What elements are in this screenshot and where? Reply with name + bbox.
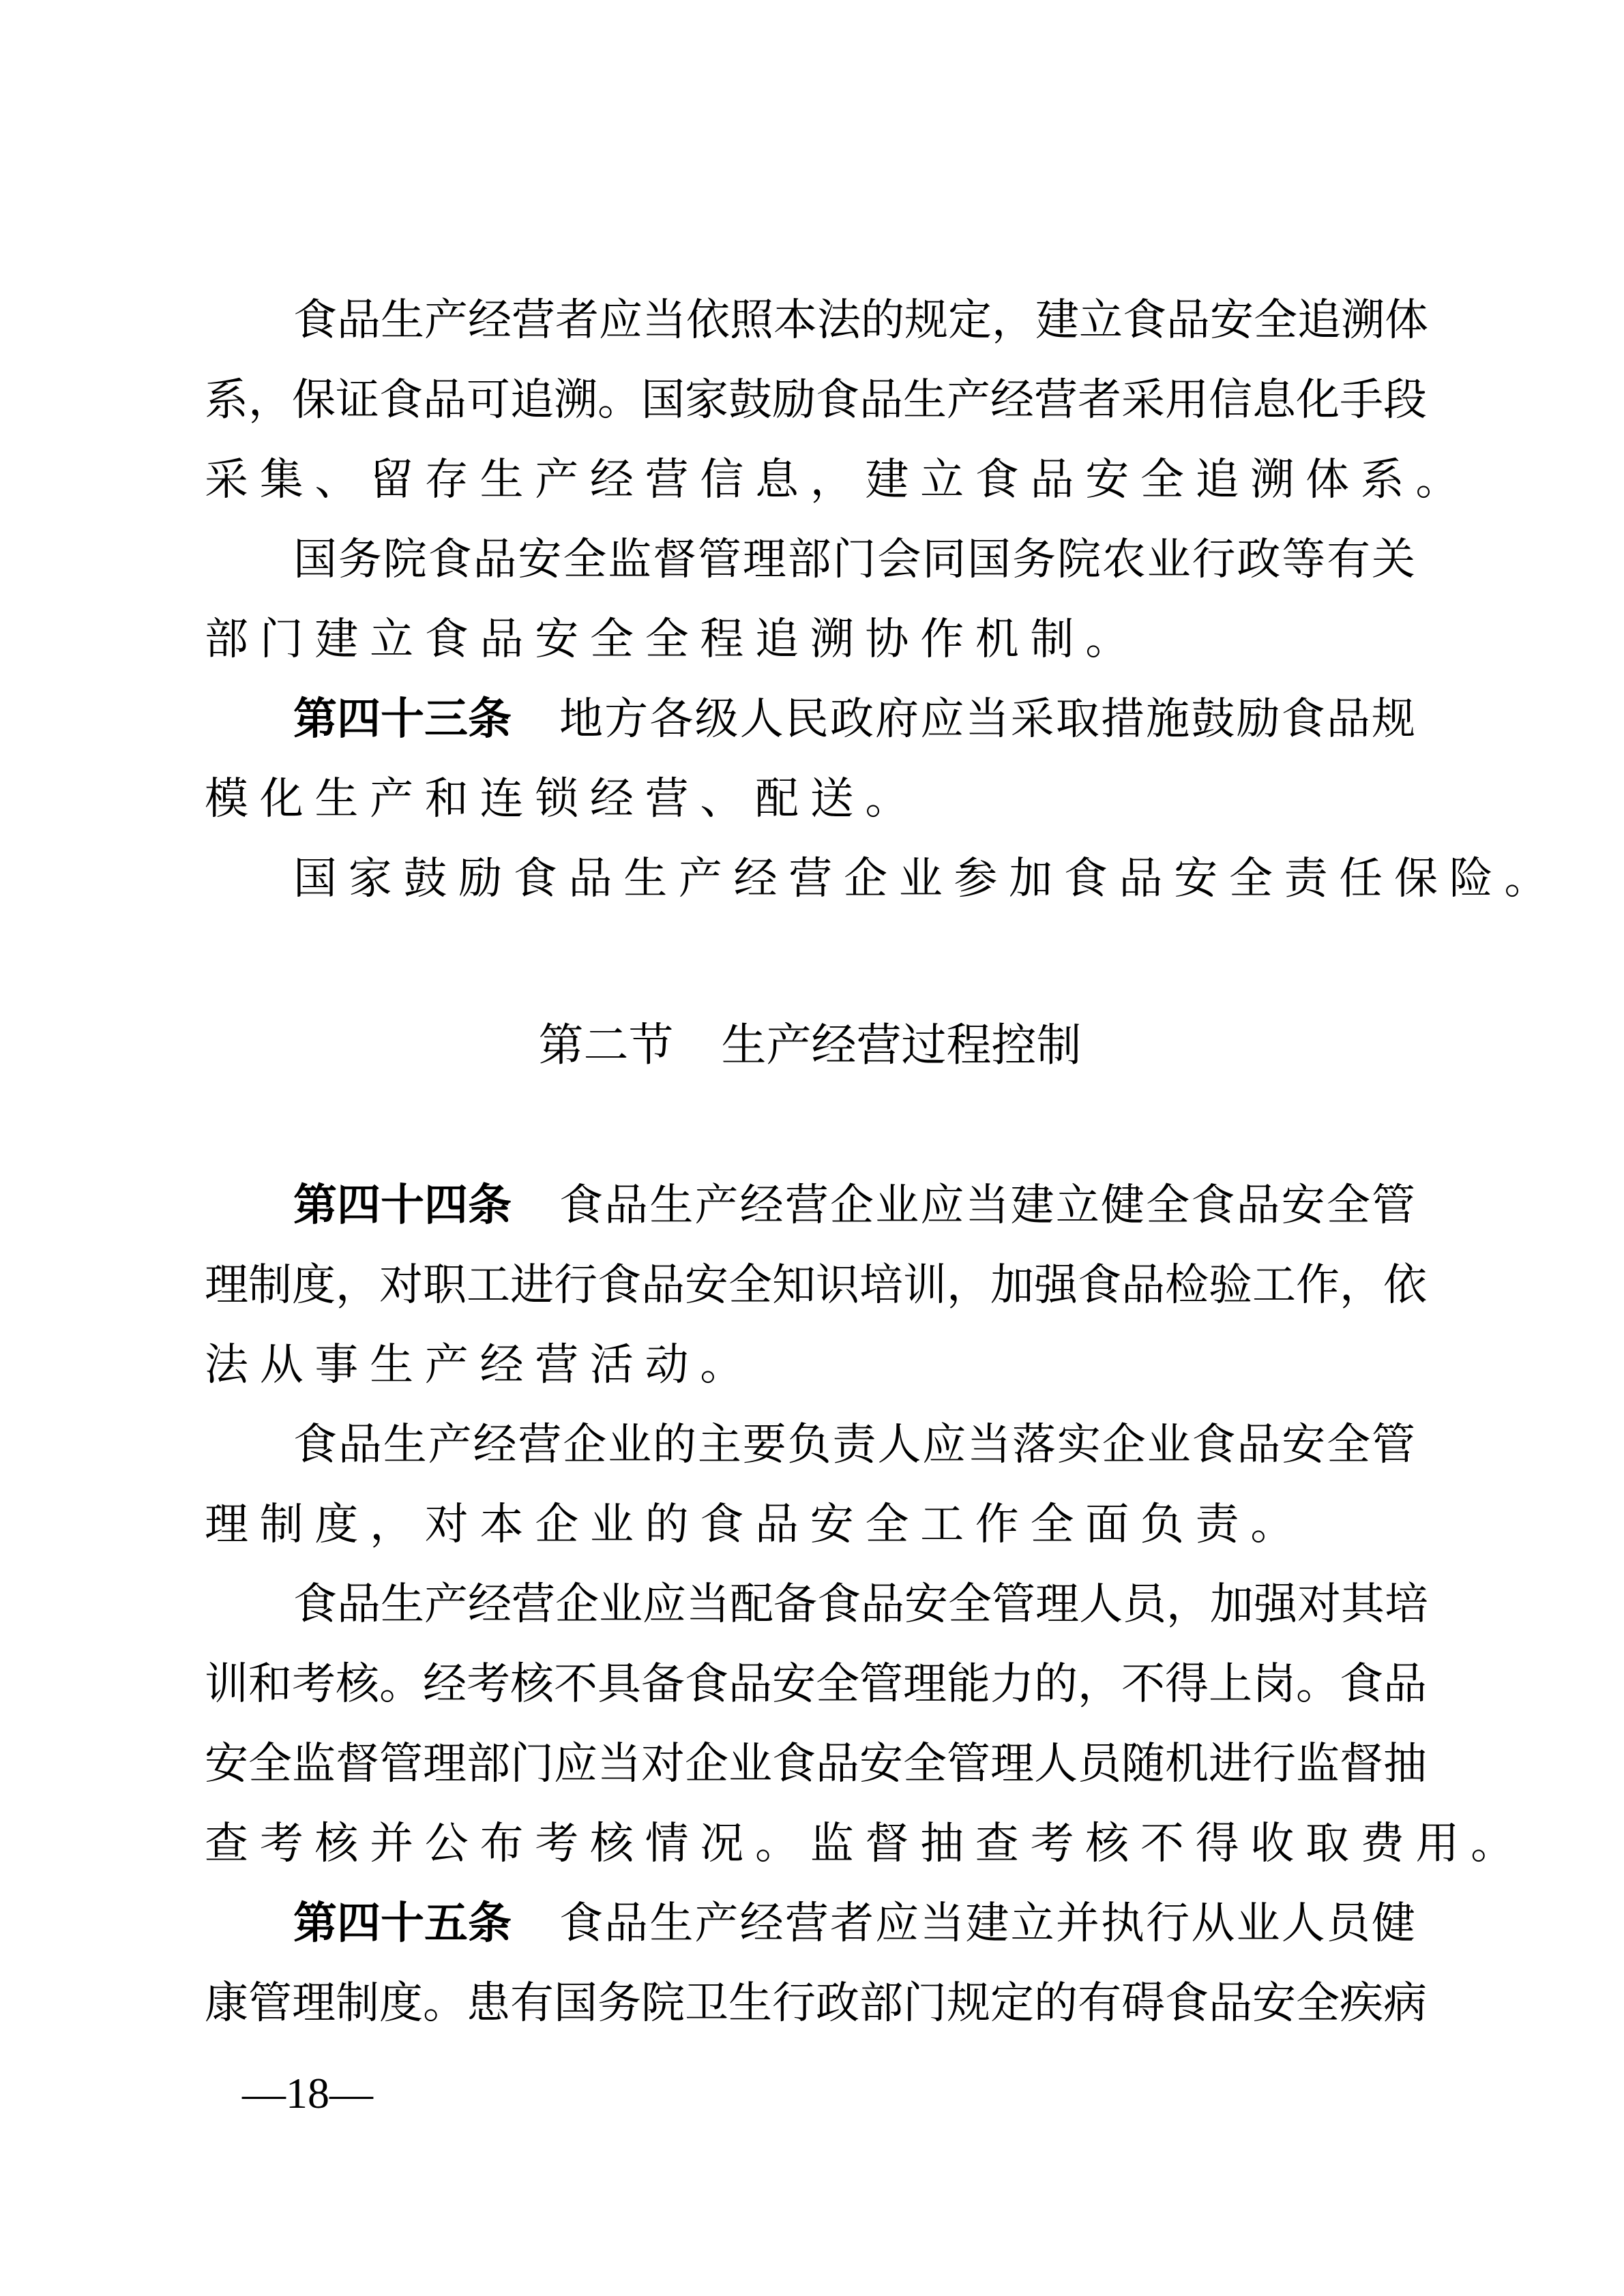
paragraph-line: 法从事生产经营活动。: [205, 1331, 755, 1399]
article-45-first-line: 第四十五条 食品生产经营者应当建立并执行从业人员健: [293, 1890, 1415, 1958]
paragraph-line: 康管理制度。患有国务院卫生行政部门规定的有碍食品安全疾病: [205, 1969, 1415, 2038]
paragraph-line: 采集、留存生产经营信息，建立食品安全追溯体系。: [205, 446, 1471, 514]
paragraph-line: 训和考核。经考核不具备食品安全管理能力的，不得上岗。食品: [205, 1650, 1415, 1718]
article-43-first-line: 第四十三条 地方各级人民政府应当采取措施鼓励食品规: [293, 685, 1415, 754]
paragraph-line: 模化生产和连锁经营、配送。: [205, 765, 920, 833]
paragraph-line: 食品生产经营企业的主要负责人应当落实企业食品安全管: [293, 1411, 1415, 1479]
article-44-first-line: 第四十四条 食品生产经营企业应当建立健全食品安全管: [293, 1172, 1415, 1240]
paragraph-line: 理制度，对职工进行食品安全知识培训，加强食品检验工作，依: [205, 1251, 1415, 1320]
paragraph-line: 安全监督管理部门应当对企业食品安全管理人员随机进行监督抽: [205, 1730, 1415, 1798]
section-title: 生产经营过程控制: [722, 1019, 1082, 1071]
paragraph-line: 国务院食品安全监督管理部门会同国务院农业行政等有关: [293, 526, 1415, 594]
paragraph-line: 国家鼓励食品生产经营企业参加食品安全责任保险。: [293, 845, 1559, 913]
paragraph-line: 食品生产经营企业应当配备食品安全管理人员，加强对其培: [293, 1570, 1415, 1639]
article-number: 第四十五条: [293, 1890, 512, 1958]
article-number: 第四十四条: [293, 1172, 512, 1240]
page-number: —18—: [242, 2059, 373, 2128]
paragraph-line: 系，保证食品可追溯。国家鼓励食品生产经营者采用信息化手段: [205, 366, 1415, 434]
paragraph-line: 部门建立食品安全全程追溯协作机制。: [205, 606, 1140, 674]
section-number: 第二节: [539, 1019, 674, 1071]
section-heading: 第二节生产经营过程控制: [205, 1011, 1415, 1079]
paragraph-line: 食品生产经营者应当建立并执行从业人员健: [559, 1890, 1415, 1958]
paragraph-line: 理制度，对本企业的食品安全工作全面负责。: [205, 1491, 1305, 1559]
paragraph-line: 查考核并公布考核情况。监督抽查考核不得收取费用。: [205, 1810, 1526, 1878]
article-number: 第四十三条: [293, 685, 512, 754]
paragraph-line: 食品生产经营企业应当建立健全食品安全管: [559, 1172, 1415, 1240]
paragraph-line: 地方各级人民政府应当采取措施鼓励食品规: [559, 685, 1415, 754]
paragraph-line: 食品生产经营者应当依照本法的规定，建立食品安全追溯体: [293, 286, 1415, 355]
